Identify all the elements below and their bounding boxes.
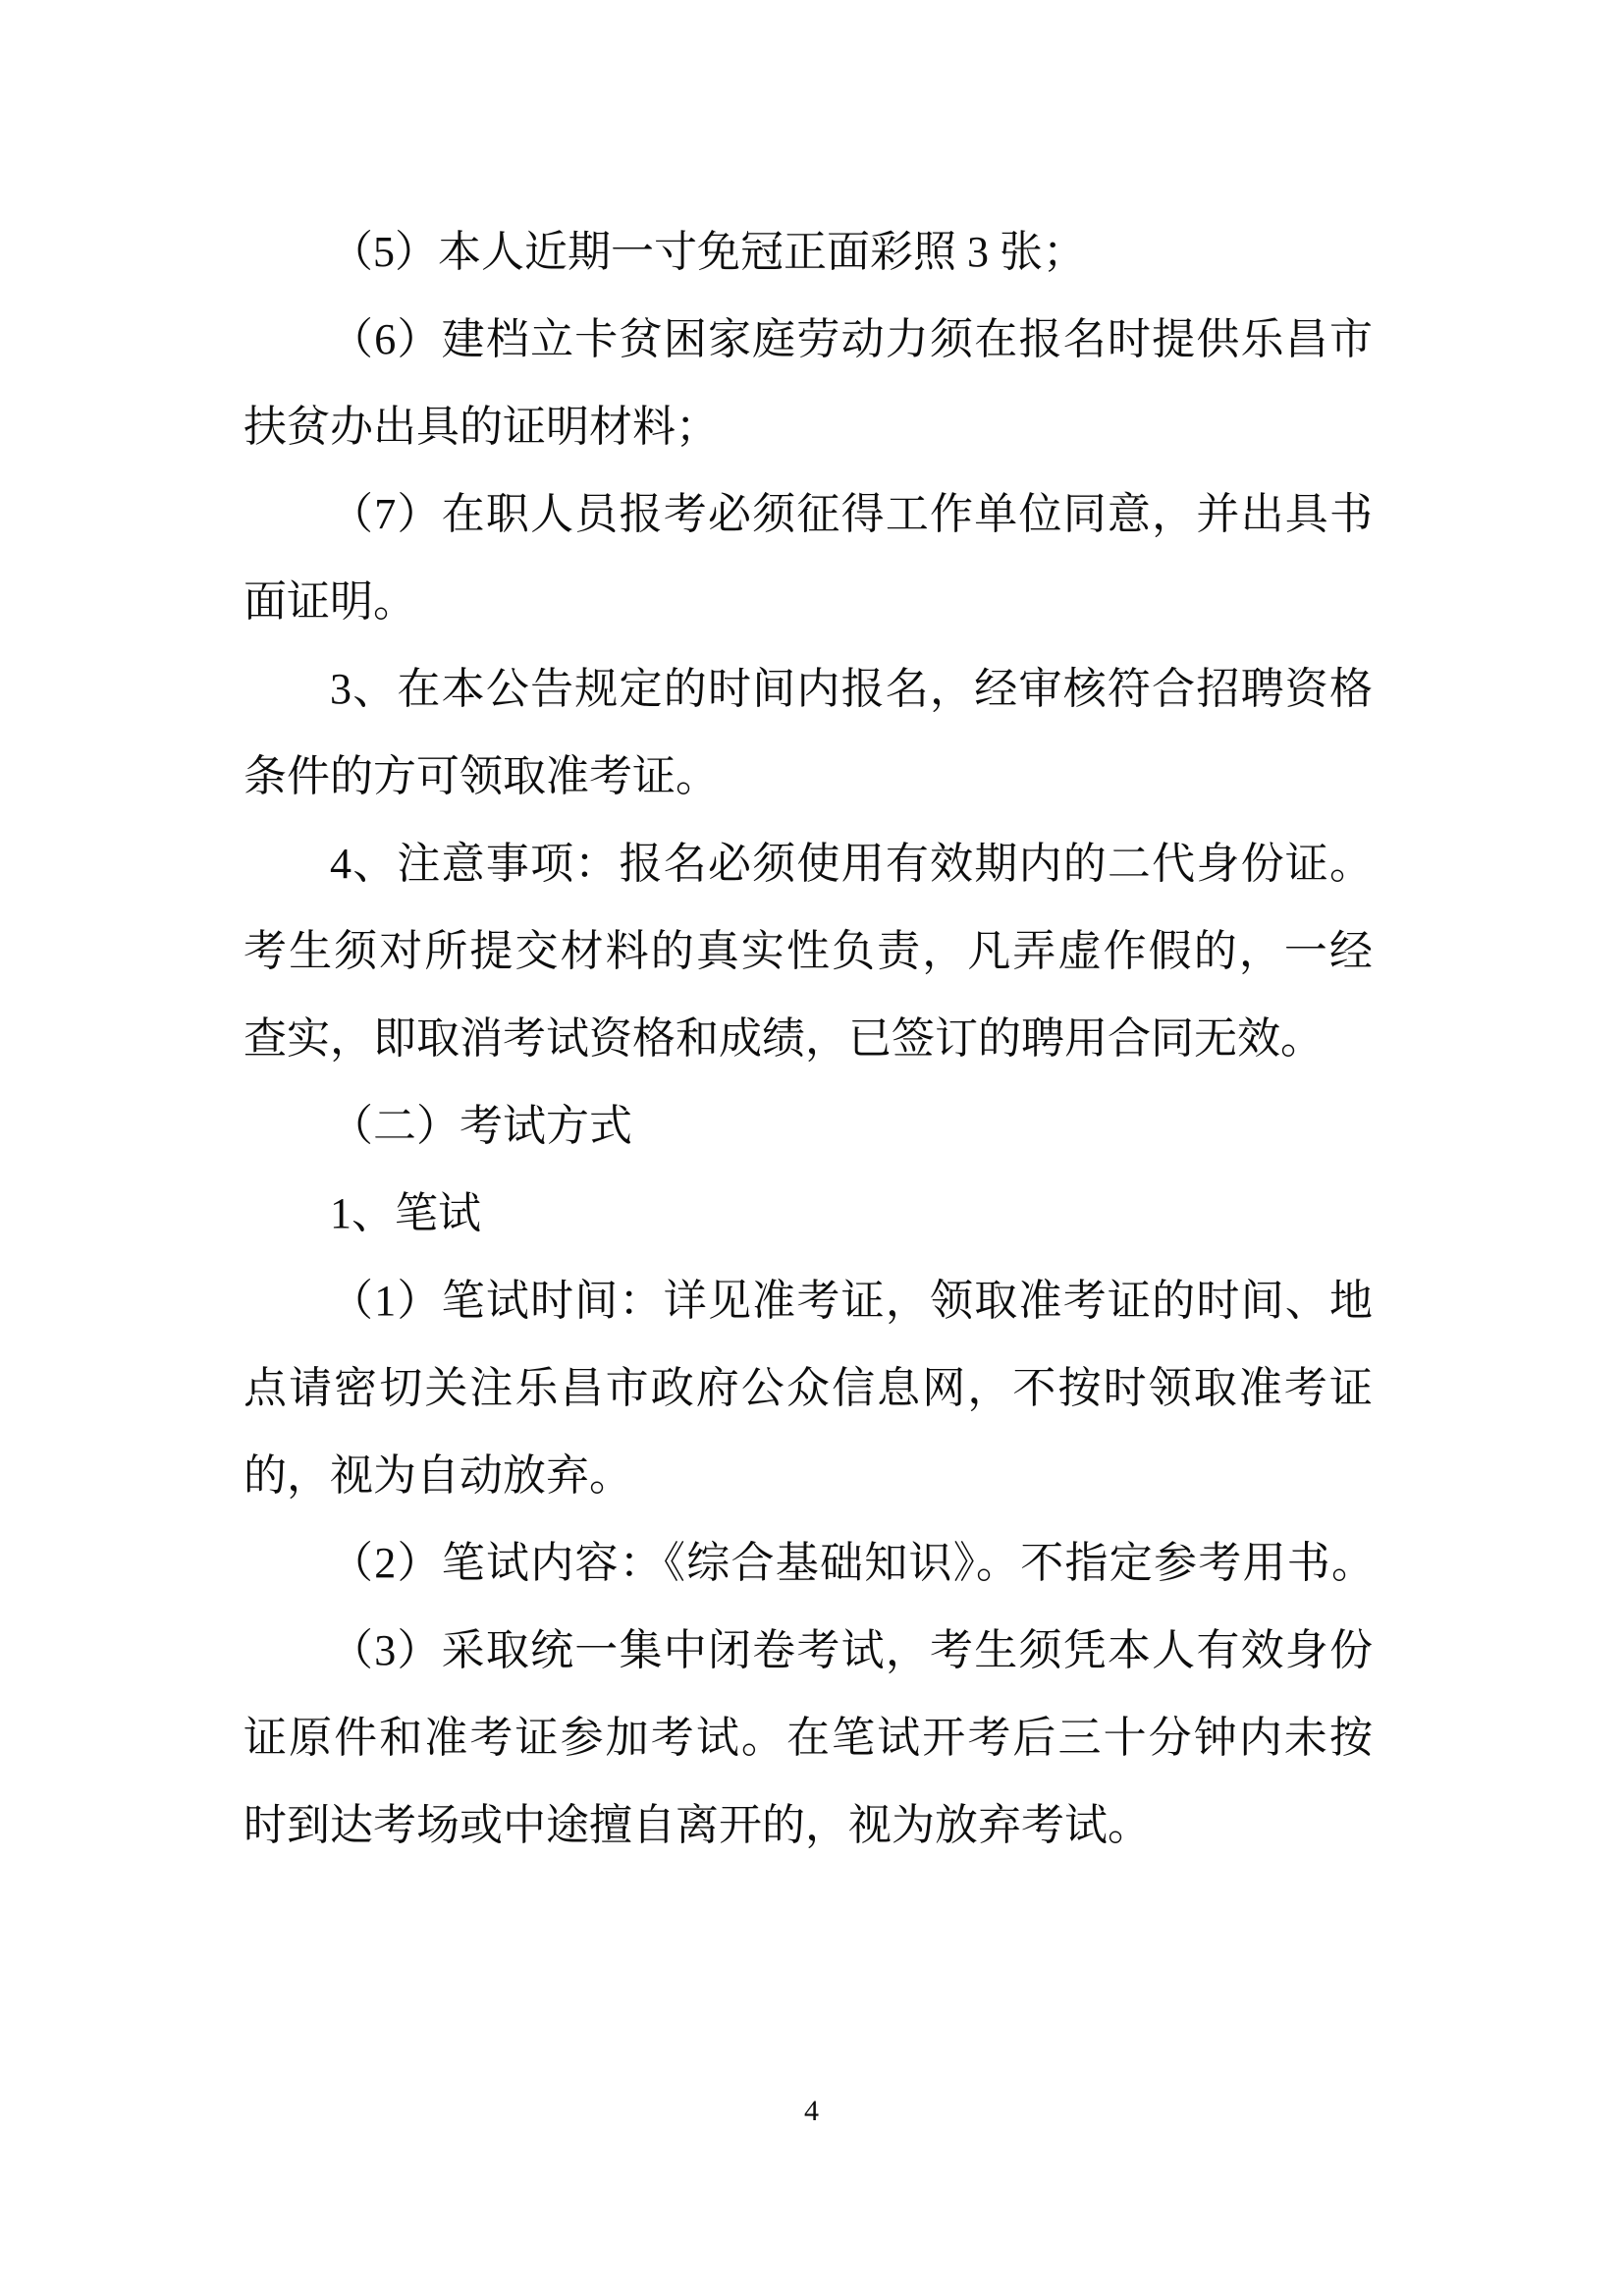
text-line: 时到达考场或中途擅自离开的，视为放弃考试。 — [243, 1781, 1373, 1869]
text-line: 1、笔试 — [243, 1170, 1373, 1257]
text-line: 扶贫办出具的证明材料； — [243, 383, 1373, 470]
text-line: 面证明。 — [243, 558, 1373, 645]
document-text-block: （5）本人近期一寸免冠正面彩照 3 张； （6）建档立卡贫困家庭劳动力须在报名时… — [243, 208, 1373, 1869]
text-line: 的，视为自动放弃。 — [243, 1432, 1373, 1519]
text-line: 点请密切关注乐昌市政府公众信息网，不按时领取准考证 — [243, 1344, 1373, 1432]
text-line: （二）考试方式 — [243, 1082, 1373, 1170]
text-line: （1）笔试时间：详见准考证，领取准考证的时间、地 — [243, 1257, 1373, 1344]
text-line: （3）采取统一集中闭卷考试，考生须凭本人有效身份 — [243, 1607, 1373, 1694]
text-line: （6）建档立卡贫困家庭劳动力须在报名时提供乐昌市 — [243, 296, 1373, 383]
text-line: 3、在本公告规定的时间内报名，经审核符合招聘资格 — [243, 645, 1373, 733]
page-number: 4 — [0, 2096, 1623, 2127]
text-line: 考生须对所提交材料的真实性负责，凡弄虚作假的，一经 — [243, 907, 1373, 995]
text-line: （7）在职人员报考必须征得工作单位同意，并出具书 — [243, 470, 1373, 558]
text-line: （2）笔试内容：《综合基础知识》。不指定参考用书。 — [243, 1519, 1373, 1607]
text-line: 4、注意事项：报名必须使用有效期内的二代身份证。 — [243, 820, 1373, 907]
text-line: 条件的方可领取准考证。 — [243, 733, 1373, 820]
document-page: （5）本人近期一寸免冠正面彩照 3 张； （6）建档立卡贫困家庭劳动力须在报名时… — [0, 0, 1623, 2296]
text-line: 查实，即取消考试资格和成绩，已签订的聘用合同无效。 — [243, 995, 1373, 1082]
text-line: （5）本人近期一寸免冠正面彩照 3 张； — [243, 208, 1373, 296]
text-line: 证原件和准考证参加考试。在笔试开考后三十分钟内未按 — [243, 1694, 1373, 1781]
